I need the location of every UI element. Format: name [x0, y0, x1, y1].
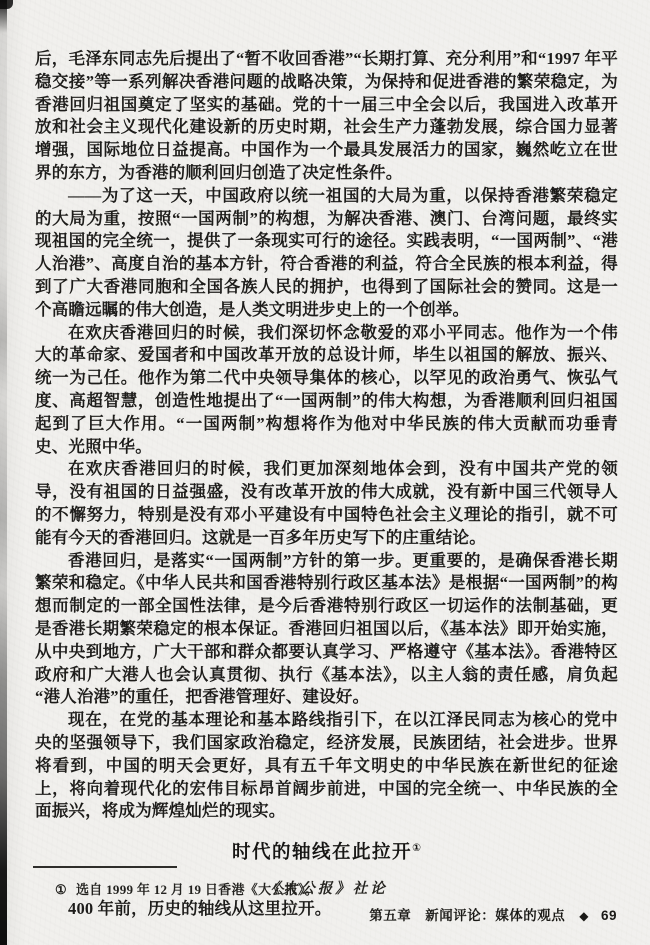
binding-shadow	[0, 0, 7, 945]
book-page: 后，毛泽东同志先后提出了“暂不收回香港”“长期打算、充分利用”和“1997 年平…	[0, 0, 650, 945]
footer-chapter-label: 第五章	[369, 908, 411, 923]
body-paragraph: ——为了这一天，中国政府以统一祖国的大局为重，以保持香港繁荣稳定的大局为重，按照…	[35, 185, 618, 322]
footnote: ①选自 1999 年 12 月 19 日香港《大公报》。	[55, 879, 575, 898]
body-paragraph: 香港回归，是落实“一国两制”方针的第一步。更重要的，是确保香港长期繁荣和稳定。《…	[35, 550, 618, 710]
title-footnote-marker: ①	[412, 842, 421, 854]
footnote-marker: ①	[55, 882, 67, 897]
scan-corner-mark	[0, 0, 13, 9]
article-title-text: 时代的轴线在此拉开	[232, 841, 412, 862]
diamond-icon: ◆	[579, 909, 589, 923]
footnote-text: 选自 1999 年 12 月 19 日香港《大公报》。	[76, 882, 318, 897]
page-content: 后，毛泽东同志先后提出了“暂不收回香港”“长期打算、充分利用”和“1997 年平…	[35, 48, 618, 921]
body-paragraph: 在欢庆香港回归的时候，我们深切怀念敬爱的邓小平同志。他作为一个伟大的革命家、爱国…	[35, 322, 618, 459]
article-title: 时代的轴线在此拉开①	[35, 838, 618, 864]
footer-section-title: 新闻评论：媒体的观点	[425, 908, 565, 923]
body-paragraph: 现在，在党的基本理论和基本路线指引下，在以江泽民同志为核心的党中央的坚强领导下，…	[35, 709, 618, 823]
body-paragraph: 在欢庆香港回归的时候，我们更加深刻地体会到，没有中国共产党的领导，没有祖国的日益…	[35, 458, 618, 549]
footnote-divider	[33, 866, 177, 868]
page-footer: 第五章新闻评论：媒体的观点◆69	[369, 904, 617, 924]
body-paragraph: 后，毛泽东同志先后提出了“暂不收回香港”“长期打算、充分利用”和“1997 年平…	[35, 48, 618, 185]
footer-page-number: 69	[601, 908, 617, 923]
